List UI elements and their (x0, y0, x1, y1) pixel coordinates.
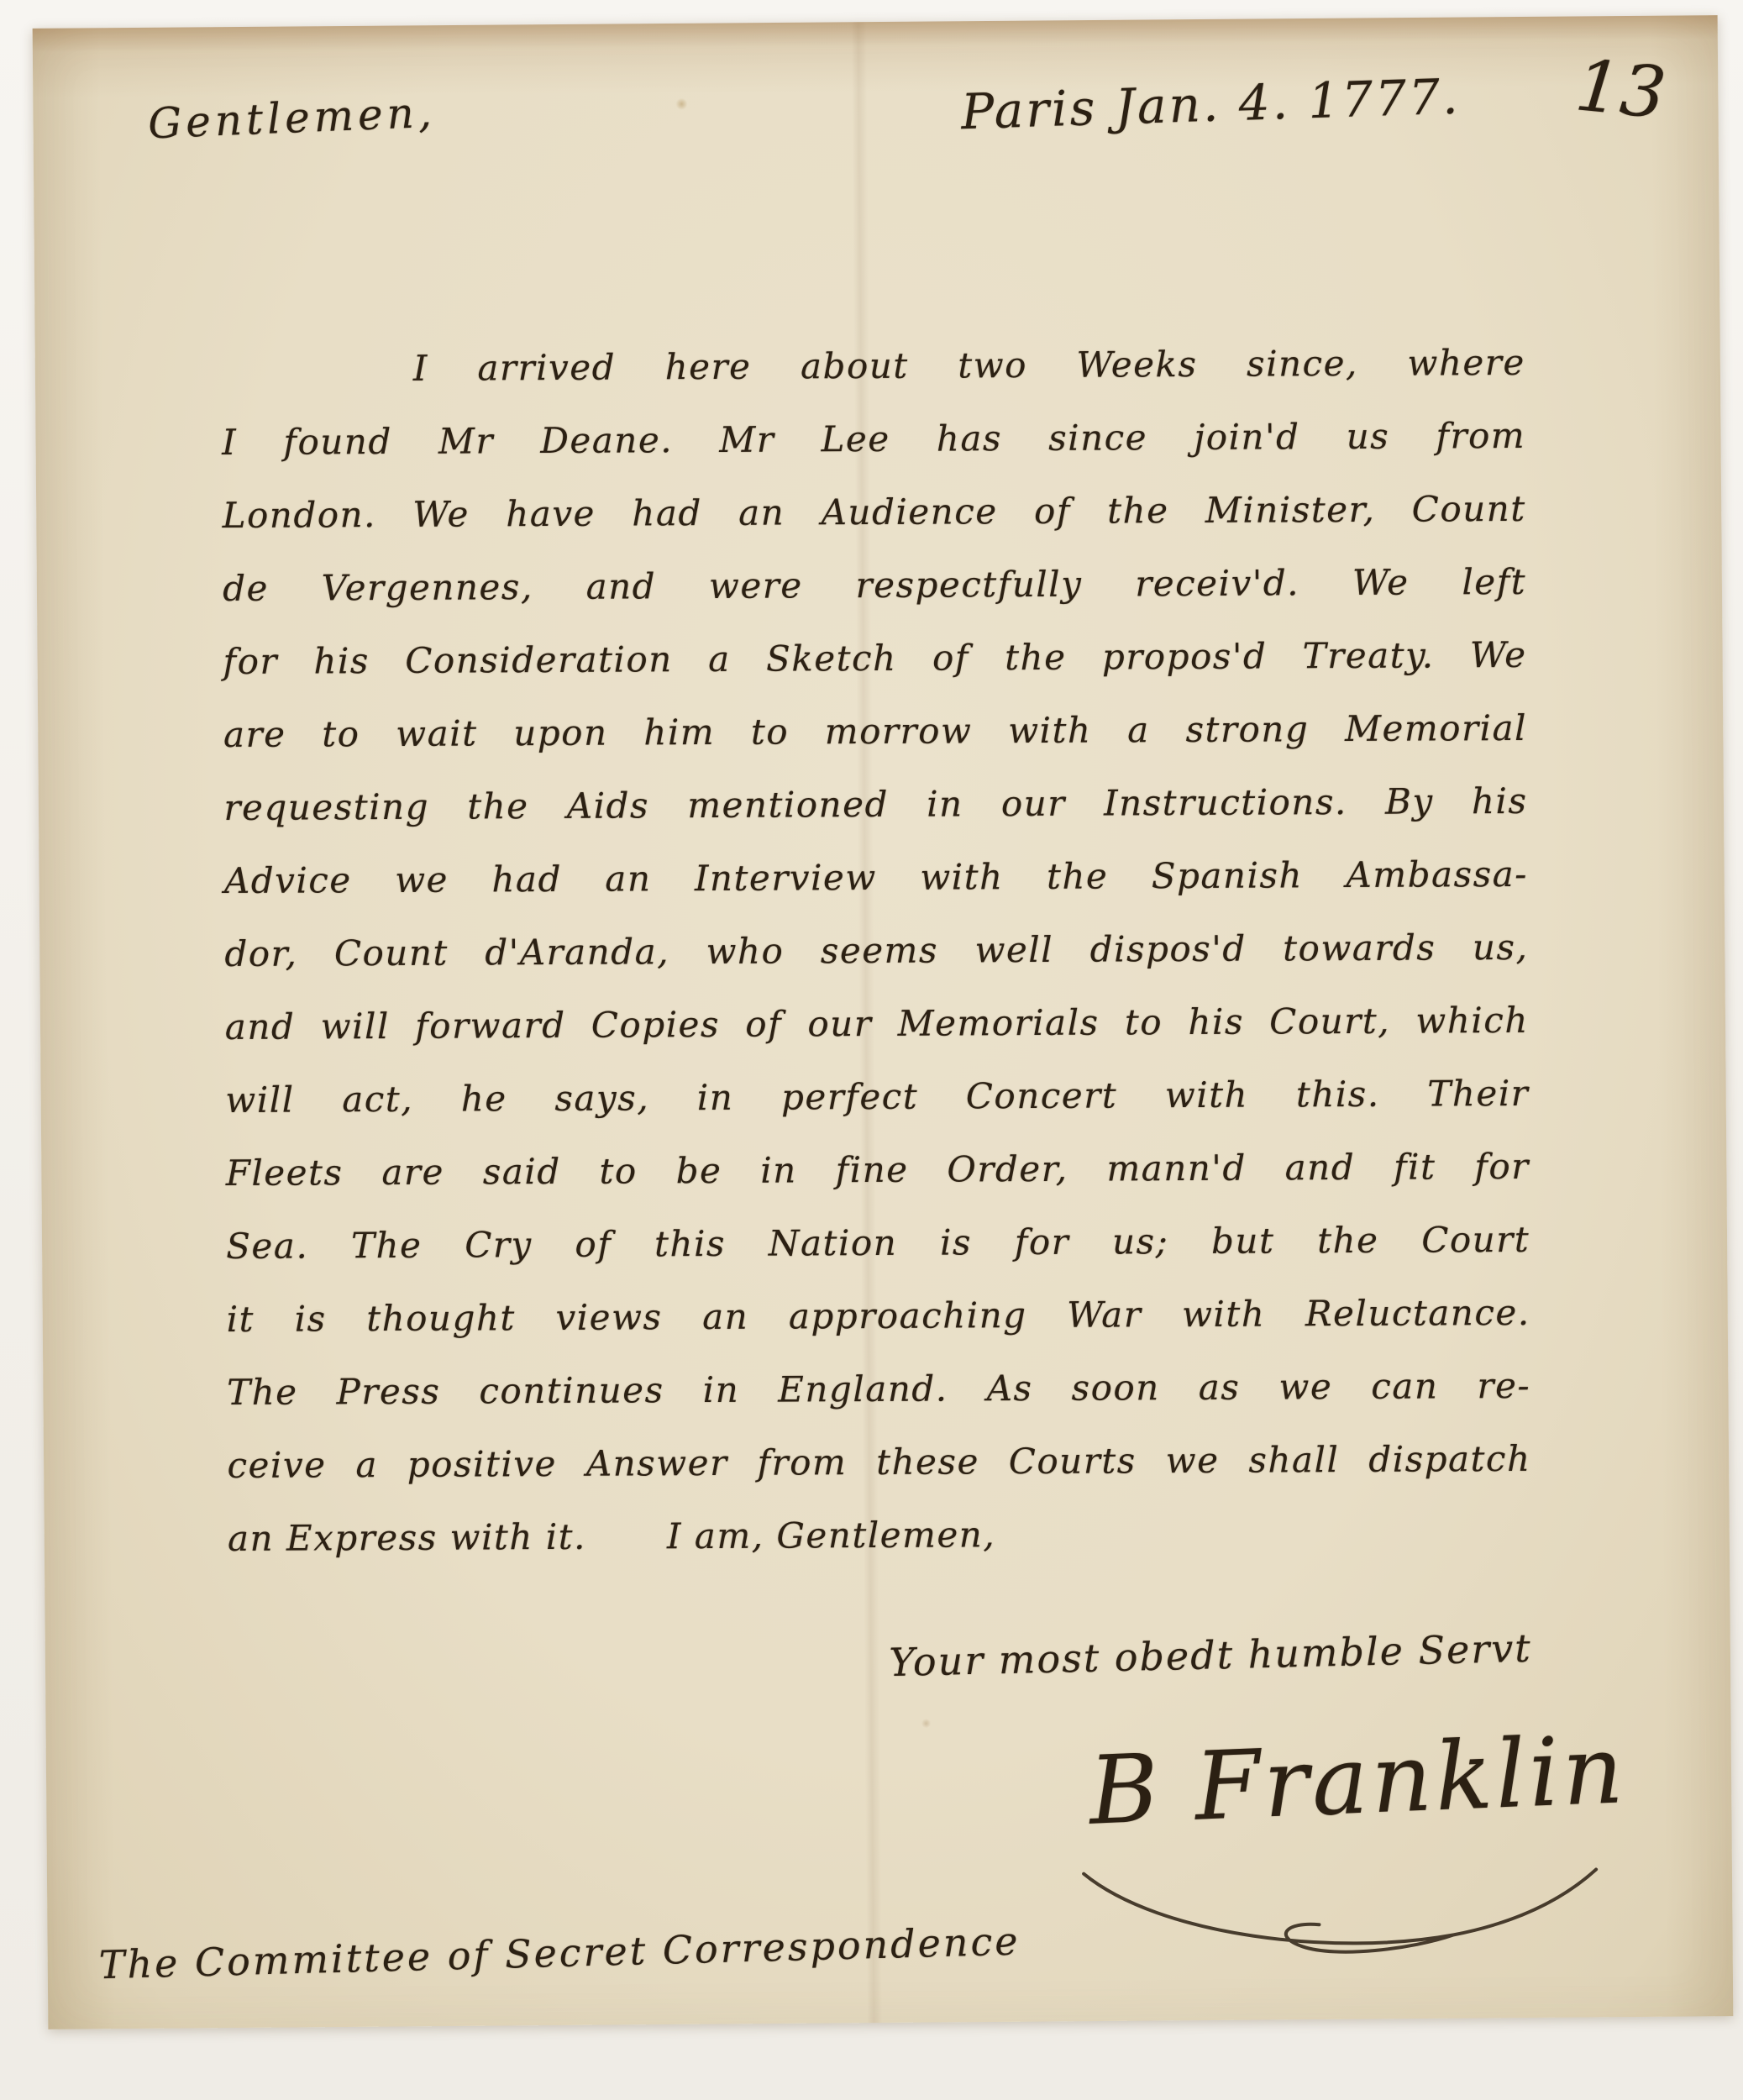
body-line: de Vergennes, and were respectfully rece… (223, 545, 1526, 625)
ink-layer: Gentlemen, Paris Jan. 4. 1777. 13 I arri… (0, 0, 1743, 2100)
final-line-left: an Express with it. (228, 1500, 586, 1575)
dateline: Paris Jan. 4. 1777. (960, 68, 1461, 141)
body-line: I found Mr Deane. Mr Lee has since join'… (222, 399, 1525, 479)
body-line: Fleets are said to be in fine Order, man… (226, 1130, 1530, 1210)
body-line: dor, Count d'Aranda, who seems well disp… (224, 911, 1528, 990)
body-line: ceive a positive Answer from these Court… (227, 1422, 1530, 1502)
address-line: The Committee of Secret Correspondence (98, 1919, 1021, 1988)
body-line: for his Consideration a Sketch of the pr… (223, 618, 1526, 698)
body-line: are to wait upon him to morrow with a st… (223, 691, 1527, 771)
body-line: requesting the Aids mentioned in our Ins… (223, 764, 1527, 844)
scan-background: Gentlemen, Paris Jan. 4. 1777. 13 I arri… (0, 0, 1743, 2100)
final-line-right: I am, Gentlemen, (667, 1498, 996, 1572)
final-line-gap (586, 1499, 667, 1573)
salutation: Gentlemen, (147, 88, 437, 149)
signature: B Franklin (1087, 1715, 1628, 1846)
body-line: will act, he says, in perfect Concert wi… (225, 1057, 1529, 1137)
letter-body: I arrived here about two Weeks since, wh… (222, 326, 1532, 1575)
complimentary-closing: Your most obedt humble Servt (851, 1625, 1532, 1686)
body-line: it is thought views an approaching War w… (226, 1276, 1530, 1356)
body-line-final: an Express with it. I am, Gentlemen, (228, 1495, 1531, 1575)
signature-flourish (1058, 1854, 1614, 1974)
body-line: and will forward Copies of our Memorials… (225, 984, 1529, 1063)
body-line: I arrived here about two Weeks since, wh… (222, 326, 1525, 406)
folio-number: 13 (1572, 44, 1669, 134)
body-line: Advice we had an Interview with the Span… (224, 837, 1528, 917)
body-line: London. We have had an Audience of the M… (222, 472, 1525, 552)
body-line: The Press continues in England. As soon … (227, 1349, 1530, 1429)
body-line: Sea. The Cry of this Nation is for us; b… (226, 1203, 1530, 1283)
